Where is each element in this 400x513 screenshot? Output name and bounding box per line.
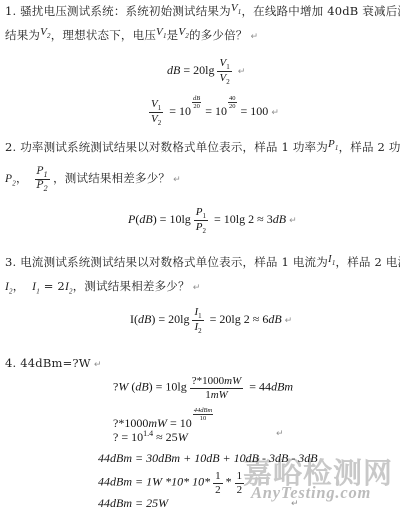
var-subscript: 1 <box>226 63 230 71</box>
paragraph-mark: ↵ <box>238 67 246 77</box>
fraction-one-half: 12 <box>213 470 223 496</box>
math-text: ) = 10lg <box>153 212 191 226</box>
var-i1: I1 <box>328 253 336 267</box>
fraction-numerator: P1 <box>194 206 208 221</box>
question-4-heading: 4. 44dBm=?W↵ <box>5 356 102 370</box>
var-subscript: 1 <box>335 144 339 152</box>
fraction-numerator: I1 <box>192 306 203 321</box>
paragraph-mark: ↵ <box>289 216 297 226</box>
var-subscript: 2 <box>226 78 230 86</box>
var-i1: I1 <box>32 281 40 295</box>
exponent-numerator: 44dBm <box>193 407 213 415</box>
fraction-numerator: V1 <box>217 57 231 72</box>
fraction-one-half: 12 <box>235 470 245 496</box>
text-segment: 4. 44dBm=?W <box>5 356 91 370</box>
exponent-denominator: 20 <box>228 103 237 110</box>
math-var: dB <box>138 312 151 326</box>
var-subscript: 1 <box>163 32 167 40</box>
fraction-v1-v2: V1V2 <box>149 98 163 127</box>
math-text: ≈ 25 <box>153 430 178 444</box>
exponent-40-20: 4020 <box>228 95 237 110</box>
paragraph-mark: ↵ <box>173 175 181 185</box>
math-text: * <box>226 475 232 489</box>
exponent-db-20: dB20 <box>192 95 201 110</box>
formula-dbm-decomposition: 44dBm = 30dBm + 10dB + 10dB - 3dB - 3dB <box>98 451 318 466</box>
var-subscript: 1 <box>158 104 162 112</box>
text-segment: 1. 骚扰电压测试系统：系统初始测试结果为 <box>5 4 231 18</box>
math-text: = 10lg 2 ≈ 3 <box>211 212 273 226</box>
var-letter: V <box>40 26 47 38</box>
var-subscript: 2 <box>203 227 207 235</box>
math-unit: dB <box>273 212 286 226</box>
math-text: ) = 10lg <box>149 380 187 394</box>
fraction-numerator: V1 <box>149 98 163 113</box>
question-1-line-2: 结果为V2，理想状态下，电压V1是V2的多少倍？↵ <box>5 27 258 44</box>
question-2-line-2: P2， P1P2，测试结果相差多少？↵ <box>5 166 181 193</box>
math-unit: W <box>178 430 188 444</box>
math-text: = 100 <box>238 104 269 118</box>
var-i2: I2 <box>5 281 13 295</box>
exponent-numerator: dB <box>192 95 201 103</box>
formula-dbm-multiplication: 44dBm = 1W *10* 10*12*12 <box>98 470 247 496</box>
fraction-denominator: P2 <box>194 221 208 235</box>
var-subscript: 1 <box>43 171 48 179</box>
exponent-value: 1.4 <box>143 429 153 438</box>
var-v1: V1 <box>231 2 242 16</box>
fraction-numerator: P1 <box>35 166 51 180</box>
var-v2: V2 <box>40 26 51 40</box>
fraction-mw: ?*1000mW1mW <box>190 375 244 401</box>
var-subscript: 2 <box>185 32 189 40</box>
math-text: ?*1000 <box>192 375 224 387</box>
text-segment: = 2 <box>40 279 65 293</box>
math-text: ? = 10 <box>113 430 143 444</box>
exponent-denominator: 20 <box>192 103 201 110</box>
var-letter: P <box>328 138 335 150</box>
fraction-denominator: I2 <box>192 321 203 335</box>
question-1-line-1: 1. 骚扰电压测试系统：系统初始测试结果为V1，在线路中增加 40dB 衰减后测… <box>5 3 400 20</box>
math-var: dB <box>167 63 180 77</box>
var-v1: V1 <box>156 26 167 40</box>
exponent-denominator: 10 <box>193 415 213 422</box>
paragraph-mark: ↵ <box>251 32 259 42</box>
fraction-numerator: ?*1000mW <box>190 375 244 389</box>
var-letter: V <box>151 98 158 110</box>
var-p1: P1 <box>328 138 339 152</box>
text-segment: 测试结果相差多少？ <box>84 279 189 293</box>
formula-power-db: P(dB) = 10lgP1P2 = 10lg 2 ≈ 3dB↵ <box>128 206 297 235</box>
math-text: = 20lg 2 ≈ 6 <box>207 312 269 326</box>
math-var: dB <box>135 380 148 394</box>
fraction-denominator: 2 <box>213 484 223 497</box>
var-subscript: 2 <box>47 32 51 40</box>
math-unit: dB <box>268 312 281 326</box>
text-segment: ，理想状态下，电压 <box>51 28 156 42</box>
text-segment: ，样品 2 电流为 <box>336 255 400 269</box>
formula-db-definition: dB = 20lgV1V2↵ <box>167 57 245 86</box>
fraction-denominator: 1mW <box>190 389 244 402</box>
math-text: 44dBm = 1W *10* 10* <box>98 475 210 489</box>
fraction-numerator: 1 <box>235 470 245 484</box>
var-subscript: 1 <box>203 212 207 220</box>
var-i2: I2 <box>65 281 73 295</box>
var-letter: V <box>151 113 158 125</box>
paragraph-mark: ↵ <box>271 108 279 118</box>
math-var: W <box>118 380 128 394</box>
math-unit: mW <box>211 389 228 401</box>
var-subscript: 2 <box>198 327 202 335</box>
math-text: = 20lg <box>180 63 214 77</box>
paragraph-mark: ↵ <box>94 360 102 370</box>
fraction-numerator: 1 <box>213 470 223 484</box>
var-v2: V2 <box>178 26 189 40</box>
exponent-numerator: 40 <box>228 95 237 103</box>
var-subscript: 2 <box>158 119 162 127</box>
paragraph-mark: ↵ <box>193 283 201 293</box>
text-segment: 3. 电流测试系统测试结果以对数格式单位表示，样品 1 电流为 <box>5 255 328 269</box>
text-segment: ， <box>16 171 32 185</box>
formula-mw-exponent: ?*1000mW = 1044dBm10 <box>113 407 214 431</box>
paragraph-mark: ↵ <box>276 429 284 439</box>
math-text: 44dBm = 25W <box>98 496 168 510</box>
math-unit: mW <box>224 375 241 387</box>
fraction-p1-p2: P1P2 <box>194 206 208 235</box>
fraction-denominator: V2 <box>149 113 163 127</box>
fraction-i1-i2: I1I2 <box>192 306 203 335</box>
var-letter: V <box>231 2 238 14</box>
text-segment: ，样品 2 功率为 <box>339 140 400 154</box>
math-unit: dBm <box>271 380 293 394</box>
math-var: dB <box>139 212 152 226</box>
question-2-line-1: 2. 功率测试系统测试结果以对数格式单位表示，样品 1 功率为P1，样品 2 功… <box>5 139 400 156</box>
math-text: = 44 <box>246 380 271 394</box>
var-letter: V <box>156 26 163 38</box>
math-text: I( <box>130 312 138 326</box>
var-subscript: 1 <box>238 8 242 16</box>
text-segment: 的多少倍？ <box>189 28 248 42</box>
fraction-v1-v2: V1V2 <box>217 57 231 86</box>
var-letter: P <box>196 206 203 218</box>
text-segment: 是 <box>167 28 179 42</box>
text-segment: 测试结果相差多少？ <box>65 171 170 185</box>
text-segment: 2. 功率测试系统测试结果以对数格式单位表示，样品 1 功率为 <box>5 140 328 154</box>
var-subscript: 1 <box>198 312 202 320</box>
var-p2: P2 <box>5 173 16 187</box>
var-subscript: 2 <box>43 185 48 193</box>
text-segment: ， <box>53 171 65 185</box>
text-segment: ，在线路中增加 40dB 衰减后测试 <box>241 4 400 18</box>
question-3-line-2: I2， I1 = 2I2，测试结果相差多少？↵ <box>5 278 200 295</box>
formula-dbm-definition: ?W (dB) = 10lg?*1000mW1mW = 44dBm <box>113 375 293 401</box>
math-text: ) = 20lg <box>151 312 189 326</box>
math-text: = 10 <box>202 104 227 118</box>
formula-result-25w: ? = 101.4 ≈ 25W <box>113 429 188 445</box>
var-subscript: 1 <box>332 259 336 267</box>
formula-current-db: I(dB) = 20lgI1I2 = 20lg 2 ≈ 6dB↵ <box>130 306 292 335</box>
math-text: = 10 <box>166 104 191 118</box>
paragraph-mark: ↵ <box>285 316 293 326</box>
formula-voltage-ratio: V1V2 = 10dB20 = 104020 = 100↵ <box>146 95 279 127</box>
fraction-denominator: V2 <box>217 72 231 86</box>
text-segment: ， <box>13 279 32 293</box>
fraction-p1-p2: P1P2 <box>35 166 51 193</box>
watermark-site: AnyTesting.com <box>251 483 371 503</box>
var-letter: P <box>196 221 203 233</box>
text-segment: 结果为 <box>5 28 40 42</box>
paragraph-mark: ↵ <box>291 499 299 509</box>
fraction-denominator: P2 <box>35 180 51 193</box>
question-3-line-1: 3. 电流测试系统测试结果以对数格式单位表示，样品 1 电流为I1，样品 2 电… <box>5 254 400 271</box>
document-page: 嘉峪检测网 AnyTesting.com 1. 骚扰电压测试系统：系统初始测试结… <box>0 0 400 513</box>
formula-dbm-final: 44dBm = 25W <box>98 496 168 511</box>
math-text: 44dBm = 30dBm + 10dB + 10dB - 3dB - 3dB <box>98 451 318 465</box>
exponent-44dbm-10: 44dBm10 <box>193 407 213 422</box>
text-segment: ， <box>73 279 85 293</box>
fraction-denominator: 2 <box>235 484 245 497</box>
